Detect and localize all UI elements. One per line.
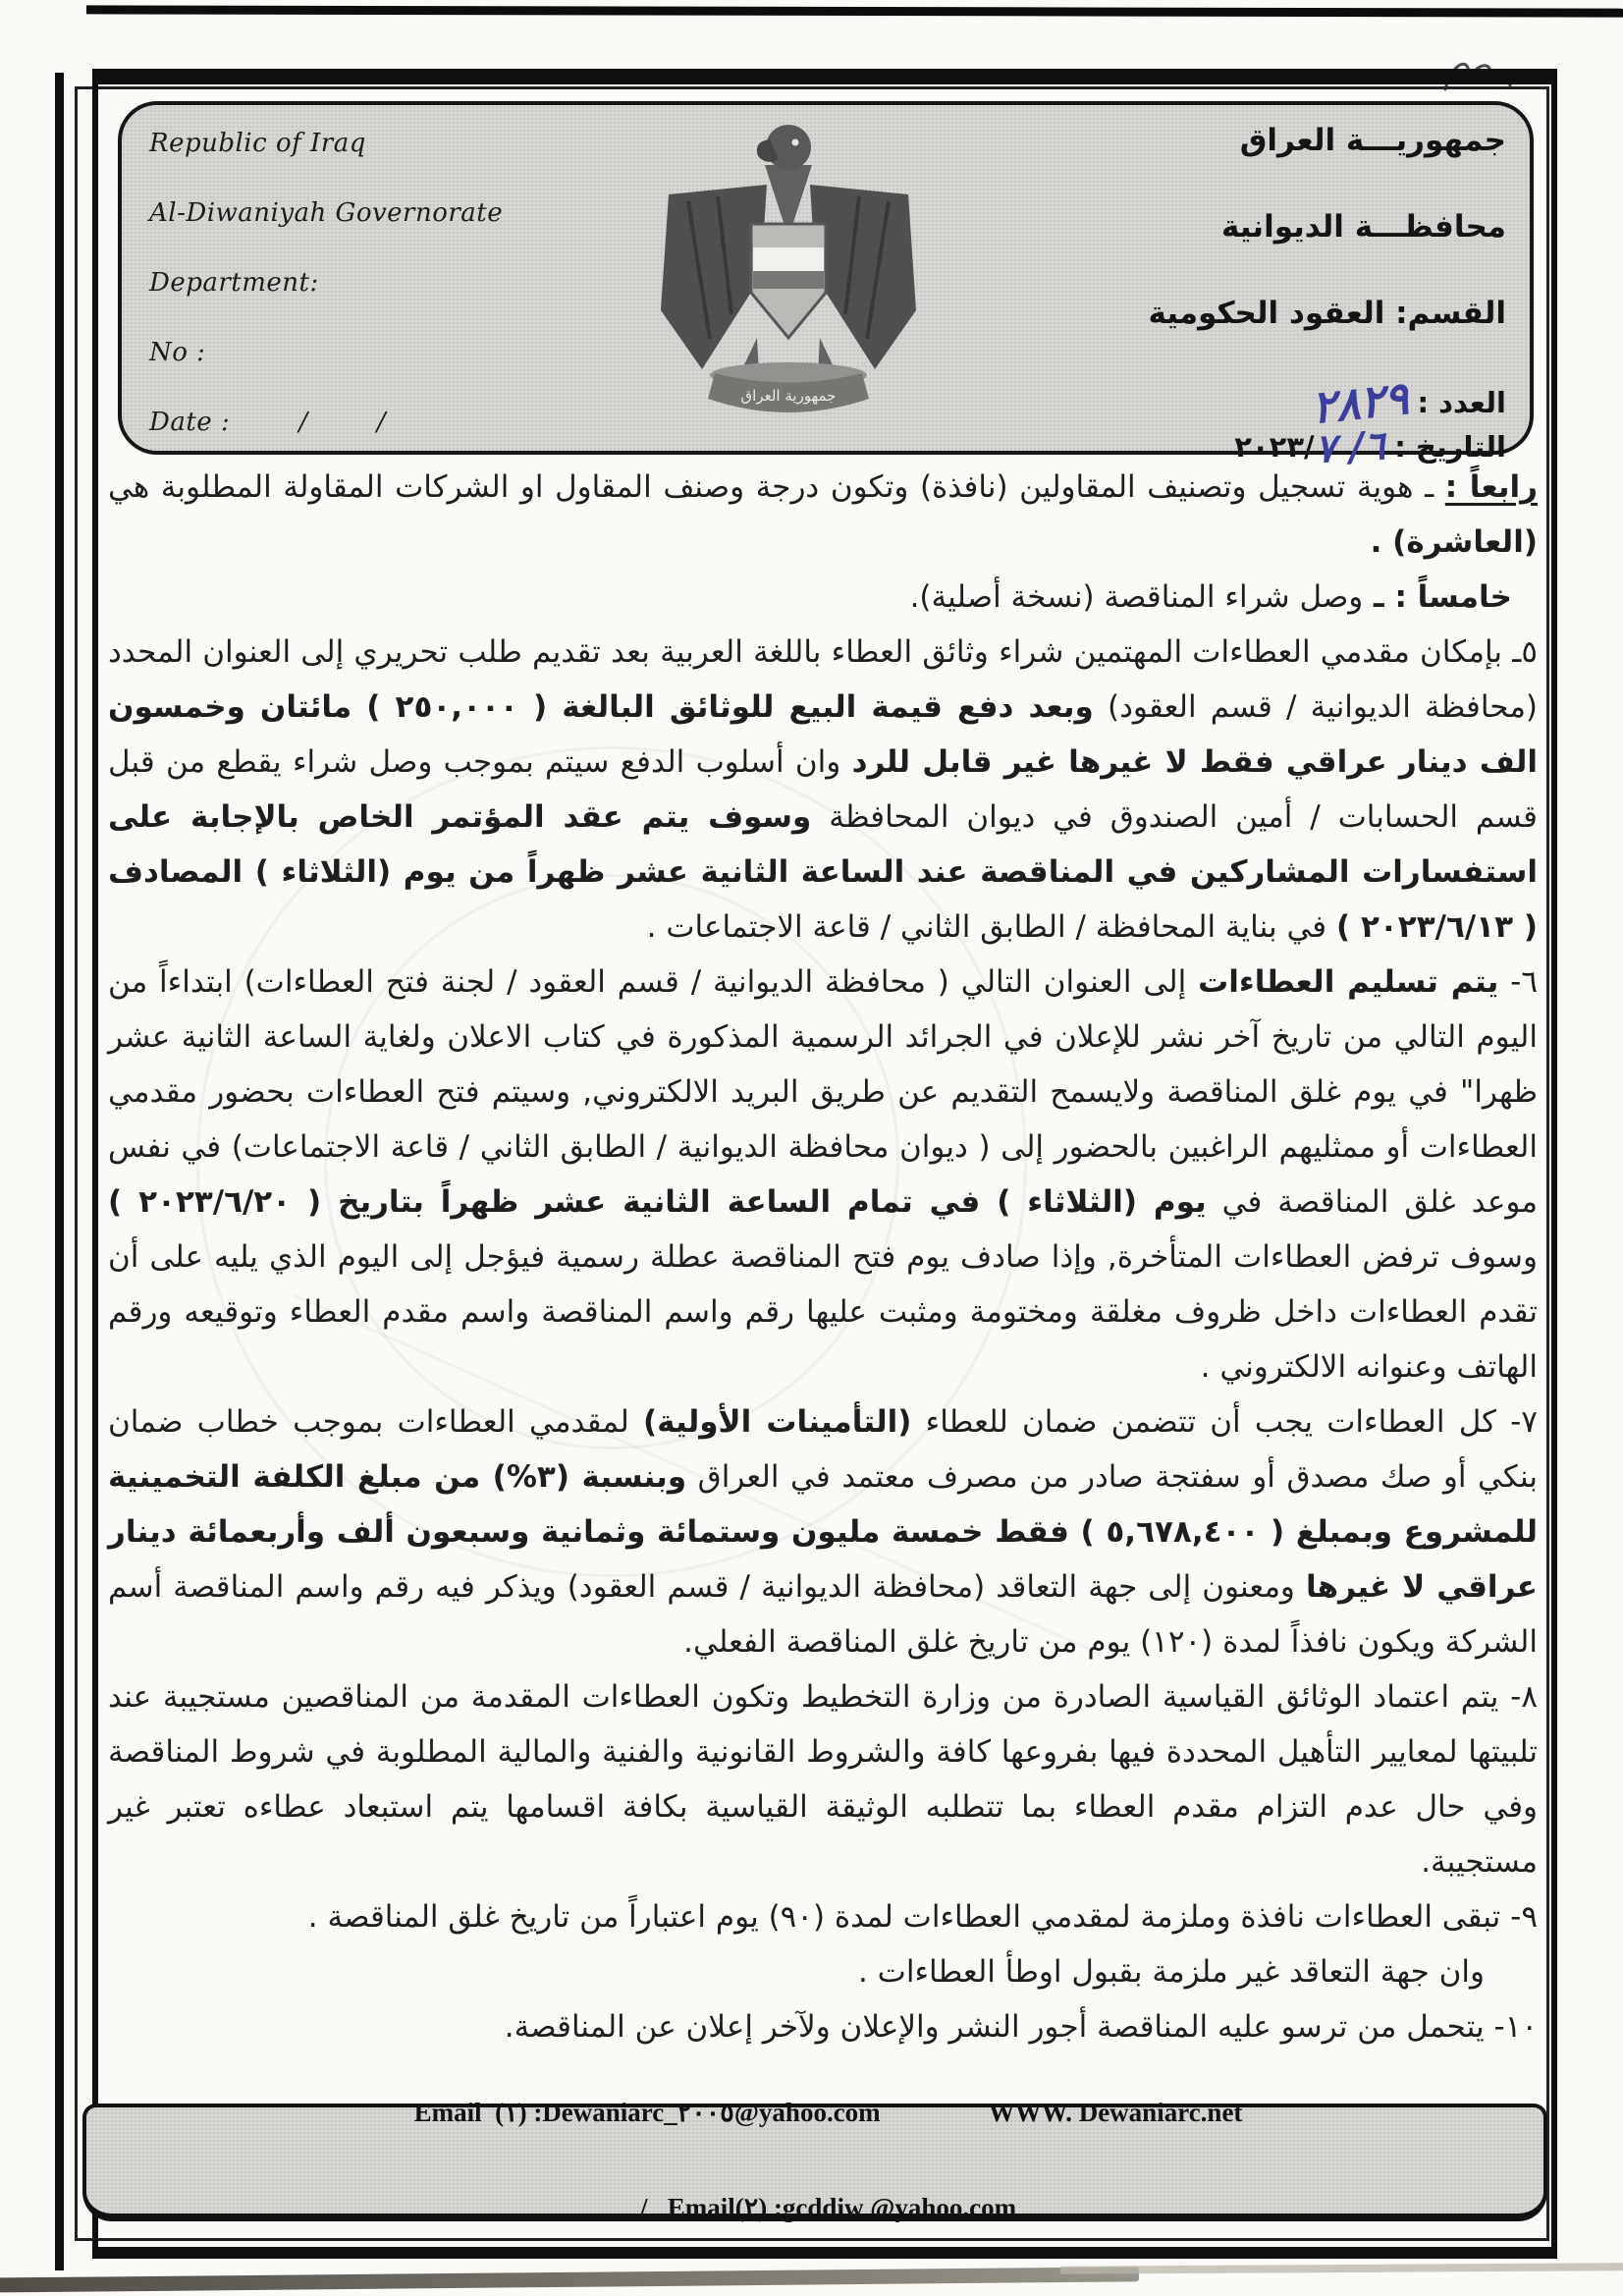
body-paragraph: ١٠- يتحمل من ترسو عليه المناقصة أجور الن… xyxy=(108,1999,1538,2054)
body-paragraph: ٥ـ بإمكان مقدمي العطاءات المهتمين شراء و… xyxy=(108,625,1538,955)
text-run: ٨- يتم اعتماد الوثائق القياسية الصادرة م… xyxy=(108,1679,1538,1880)
text-run: ـ هوية تسجيل وتصنيف المقاولين (نافذة) وت… xyxy=(108,469,1445,505)
text-run: خامساً : ـ xyxy=(1363,579,1512,615)
emblem-banner-text: جمهورية العراق xyxy=(741,387,837,405)
text-run: وان جهة التعاقد غير ملزمة بقبول اوطأ الع… xyxy=(858,1954,1485,1990)
header-arabic-block: جمهوريـــة العراقمحافظـــة الديوانيةالقس… xyxy=(1148,123,1506,382)
scanned-document-page: { "header": { "english_lines": ["Republi… xyxy=(0,0,1623,2296)
text-run: يتم تسليم العطاءات xyxy=(1198,964,1498,1000)
body-paragraph: وان جهة التعاقد غير ملزمة بقبول اوطأ الع… xyxy=(108,1944,1538,1999)
text-run: رابعاً : xyxy=(1445,469,1538,505)
text-run: (العاشرة) . xyxy=(1371,524,1538,560)
text-run: وسوف ترفض العطاءات المتأخرة, وإذا صادف ي… xyxy=(108,1239,1538,1385)
letterhead-english-line: No : xyxy=(149,338,503,408)
letterhead-arabic-line: جمهوريـــة العراق xyxy=(1148,123,1506,209)
contact-footer-box: Email (١) :Dewaniarc_٢٠٠٥@yahoo.comWWW. … xyxy=(82,2104,1547,2221)
body-paragraph: خامساً : ـ وصل شراء المناقصة (نسخة أصلية… xyxy=(108,570,1538,625)
body-paragraph: ٦- يتم تسليم العطاءات إلى العنوان التالي… xyxy=(108,955,1538,1394)
scan-edge-left xyxy=(55,73,64,2270)
body-paragraph: ٩- تبقى العطاءات نافذة وملزمة لمقدمي الع… xyxy=(108,1889,1538,1944)
text-run: إلى العنوان التالي ( محافظة الديوانية / … xyxy=(108,964,1538,1220)
footer-line-1: Email (١) :Dewaniarc_٢٠٠٥@yahoo.comWWW. … xyxy=(388,2067,1243,2159)
text-run: (التأمينات الأولية) xyxy=(643,1404,911,1440)
number-label: العدد : xyxy=(1417,386,1506,419)
text-run: ٧- كل العطاءات يجب أن تتضمن ضمان للعطاء xyxy=(911,1404,1538,1440)
footer-email-2: / Email(٢) :gcddiw @yahoo.com xyxy=(640,2193,1016,2222)
text-run: ٩- تبقى العطاءات نافذة وملزمة لمقدمي الع… xyxy=(308,1899,1538,1935)
body-paragraph: ٧- كل العطاءات يجب أن تتضمن ضمان للعطاء … xyxy=(108,1394,1538,1669)
body-paragraph: ٨- يتم اعتماد الوثائق القياسية الصادرة م… xyxy=(108,1669,1538,1889)
letterhead-english-line: Department: xyxy=(149,268,503,338)
letterhead-english-line: Republic of Iraq xyxy=(149,129,503,198)
header-english-block: Republic of IraqAl-Diwaniyah Governorate… xyxy=(149,129,503,477)
document-body-text: رابعاً : ـ هوية تسجيل وتصنيف المقاولين (… xyxy=(108,460,1538,2054)
text-run: وصل شراء المناقصة (نسخة أصلية). xyxy=(910,579,1364,615)
text-run: يوم (الثلاثاء ) في تمام الساعة الثانية ع… xyxy=(108,1184,1207,1220)
text-run: ١٠- يتحمل من ترسو عليه المناقصة أجور الن… xyxy=(505,2009,1538,2045)
text-run: في بناية المحافظة / الطابق الثاني / قاعة… xyxy=(647,909,1336,945)
letterhead-arabic-line: القسم: العقود الحكومية xyxy=(1148,296,1506,382)
scan-edge-bottom-2 xyxy=(1060,2263,1623,2274)
footer-email-1: Email (١) :Dewaniarc_٢٠٠٥@yahoo.com xyxy=(414,2098,881,2127)
scan-edge-top xyxy=(86,5,1623,17)
scan-edge-bottom xyxy=(0,2267,1139,2292)
date-label: التاريخ : xyxy=(1394,430,1506,464)
letterhead-english-line: Al-Diwaniyah Governorate xyxy=(149,198,503,268)
text-run: ٦- xyxy=(1498,964,1538,1000)
document-number-line: العدد : ٢٨٢٩ xyxy=(1297,370,1506,423)
footer-website: WWW. Dewaniarc.net xyxy=(989,2098,1243,2127)
body-paragraph: رابعاً : ـ هوية تسجيل وتصنيف المقاولين (… xyxy=(108,460,1538,570)
iraq-eagle-emblem: جمهورية العراق xyxy=(641,108,936,442)
letterhead-arabic-line: محافظـــة الديوانية xyxy=(1148,209,1506,296)
footer-line-2: / Email(٢) :gcddiw @yahoo.com xyxy=(614,2162,1016,2254)
date-year-printed: ٢٠٢٣/ xyxy=(1234,430,1314,464)
